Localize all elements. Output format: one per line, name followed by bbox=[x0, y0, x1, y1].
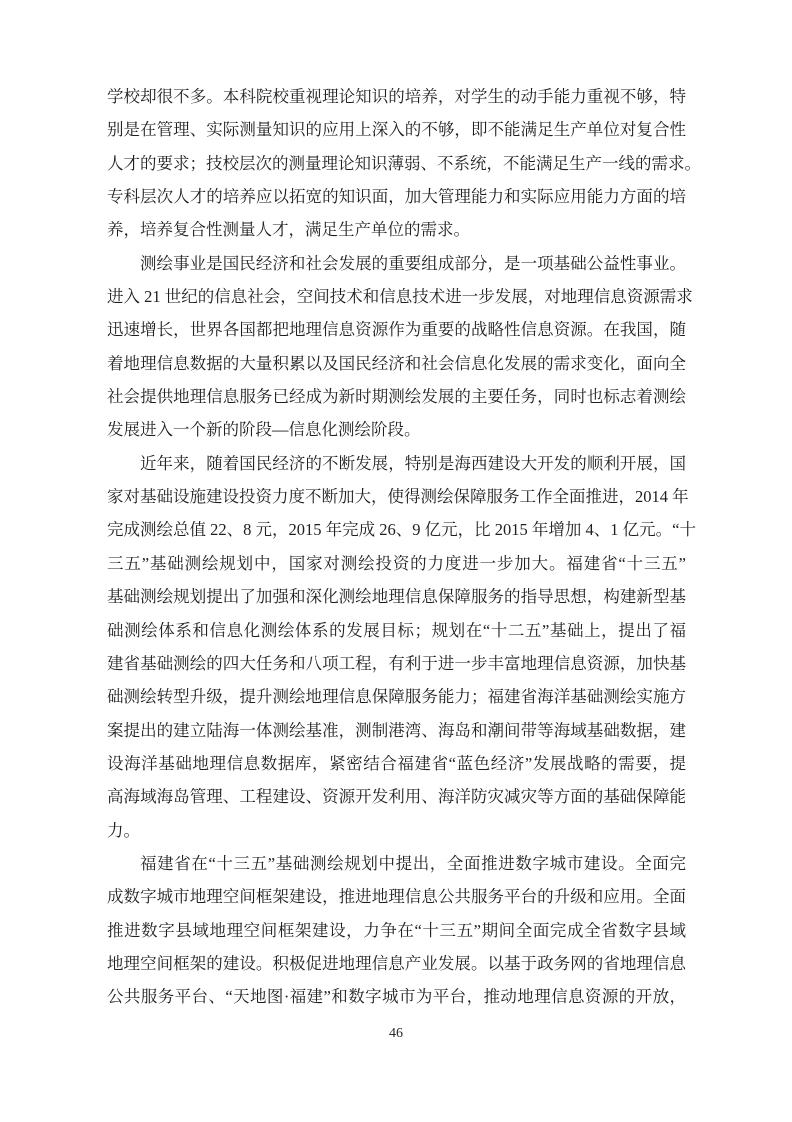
text-line: 成数字城市地理空间框架建设，推进地理信息公共服务平台的升级和应用。全面 bbox=[107, 880, 686, 913]
text-line: 公共服务平台、“天地图·福建”和数字城市为平台，推动地理信息资源的开放， bbox=[107, 980, 686, 1013]
text-line: 进入 21 世纪的信息社会，空间技术和信息技术进一步发展，对地理信息资源需求 bbox=[107, 280, 686, 313]
text-line: 近年来，随着国民经济的不断发展，特别是海西建设大开发的顺利开展，国 bbox=[107, 447, 686, 480]
text-line: 专科层次人才的培养应以拓宽的知识面，加大管理能力和实际应用能力方面的培 bbox=[107, 180, 686, 213]
text-line: 福建省在“十三五”基础测绘规划中提出，全面推进数字城市建设。全面完 bbox=[107, 847, 686, 880]
paragraph: 测绘事业是国民经济和社会发展的重要组成部分，是一项基础公益性事业。 进入 21 … bbox=[107, 247, 686, 447]
paragraph: 学校却很不多。本科院校重视理论知识的培养，对学生的动手能力重视不够，特 别是在管… bbox=[107, 80, 686, 247]
paragraph: 近年来，随着国民经济的不断发展，特别是海西建设大开发的顺利开展，国 家对基础设施… bbox=[107, 447, 686, 847]
document-body: 学校却很不多。本科院校重视理论知识的培养，对学生的动手能力重视不够，特 别是在管… bbox=[107, 80, 686, 1014]
text-line: 设海洋基础地理信息数据库，紧密结合福建省“蓝色经济”发展战略的需要，提 bbox=[107, 747, 686, 780]
text-line: 发展进入一个新的阶段—信息化测绘阶段。 bbox=[107, 413, 686, 446]
text-line: 养，培养复合性测量人才，满足生产单位的需求。 bbox=[107, 213, 686, 246]
text-line: 着地理信息数据的大量积累以及国民经济和社会信息化发展的需求变化，面向全 bbox=[107, 347, 686, 380]
text-line: 测绘事业是国民经济和社会发展的重要组成部分，是一项基础公益性事业。 bbox=[107, 247, 686, 280]
text-line: 础测绘转型升级，提升测绘地理信息保障服务能力；福建省海洋基础测绘实施方 bbox=[107, 680, 686, 713]
text-line: 人才的要求；技校层次的测量理论知识薄弱、不系统，不能满足生产一线的需求。 bbox=[107, 147, 686, 180]
text-line: 社会提供地理信息服务已经成为新时期测绘发展的主要任务，同时也标志着测绘 bbox=[107, 380, 686, 413]
text-line: 完成测绘总值 22、8 元，2015 年完成 26、9 亿元，比 2015 年增… bbox=[107, 513, 686, 546]
text-line: 案提出的建立陆海一体测绘基准，测制港湾、海岛和潮间带等海域基础数据，建 bbox=[107, 714, 686, 747]
text-line: 学校却很不多。本科院校重视理论知识的培养，对学生的动手能力重视不够，特 bbox=[107, 80, 686, 113]
text-line: 推进数字县域地理空间框架建设，力争在“十三五”期间全面完成全省数字县域 bbox=[107, 914, 686, 947]
text-line: 迅速增长，世界各国都把地理信息资源作为重要的战略性信息资源。在我国，随 bbox=[107, 313, 686, 346]
paragraph: 福建省在“十三五”基础测绘规划中提出，全面推进数字城市建设。全面完 成数字城市地… bbox=[107, 847, 686, 1014]
text-line: 础测绘体系和信息化测绘体系的发展目标；规划在“十二五”基础上，提出了福 bbox=[107, 614, 686, 647]
text-line: 力。 bbox=[107, 814, 686, 847]
text-line: 高海域海岛管理、工程建设、资源开发利用、海洋防灾减灾等方面的基础保障能 bbox=[107, 780, 686, 813]
document-page: 学校却很不多。本科院校重视理论知识的培养，对学生的动手能力重视不够，特 别是在管… bbox=[0, 0, 792, 1122]
page-number: 46 bbox=[0, 1026, 792, 1042]
text-line: 三五”基础测绘规划中，国家对测绘投资的力度进一步加大。福建省“十三五” bbox=[107, 547, 686, 580]
text-line: 建省基础测绘的四大任务和八项工程，有利于进一步丰富地理信息资源，加快基 bbox=[107, 647, 686, 680]
text-line: 别是在管理、实际测量知识的应用上深入的不够，即不能满足生产单位对复合性 bbox=[107, 113, 686, 146]
text-line: 基础测绘规划提出了加强和深化测绘地理信息保障服务的指导思想，构建新型基 bbox=[107, 580, 686, 613]
text-line: 地理空间框架的建设。积极促进地理信息产业发展。以基于政务网的省地理信息 bbox=[107, 947, 686, 980]
text-line: 家对基础设施建设投资力度不断加大，使得测绘保障服务工作全面推进，2014 年 bbox=[107, 480, 686, 513]
